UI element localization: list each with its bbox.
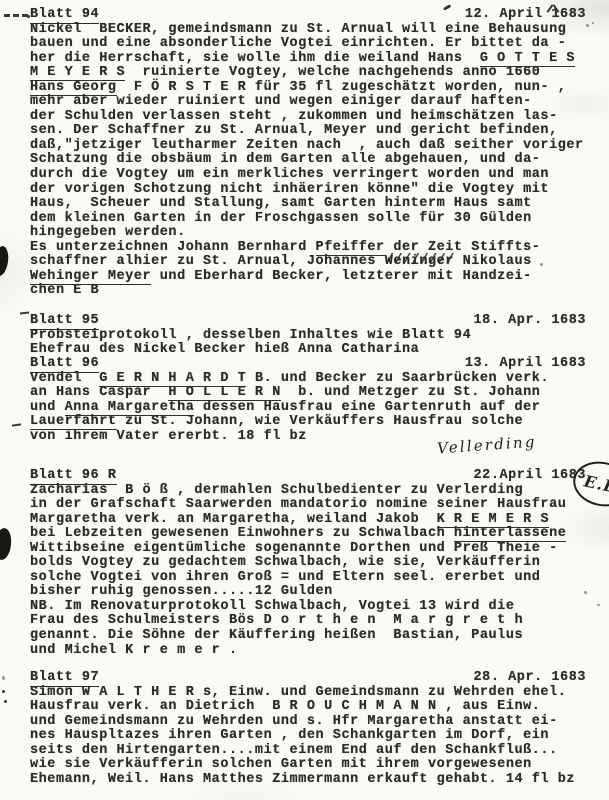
text-line: Vendel G E R N H A R D T B. und Becker z… xyxy=(30,372,586,387)
text-line: der vorigen Schotzung nicht inhäeriren k… xyxy=(30,183,586,198)
text-segment: dem kleinen Garten in der Froschgassen s… xyxy=(30,211,532,226)
text-segment: Simon W A L T H E R s, Einw. und Gemeind… xyxy=(30,685,566,700)
text-line: bolds Vogtey zu gedachtem Schwalbach, wi… xyxy=(30,556,586,571)
record-date: 12. April 1683 xyxy=(465,8,586,23)
blatt-label: Blatt 96 R xyxy=(30,469,117,485)
text-segment: Probsteiprotokoll , desselben Inhaltes w… xyxy=(30,328,471,343)
text-segment: NB. Im Renovaturprotokoll Schwalbach, Vo… xyxy=(30,599,514,614)
text-segment: seits den Hirtengarten....mit einem End … xyxy=(30,743,558,758)
text-line: M E Y E R S ruinierte Vogtey, welche nac… xyxy=(30,66,586,81)
text-line: und Gemeindsmann zu Wehrden und s. Hfr M… xyxy=(30,715,586,730)
text-segment: und Eberhard Becker, letzterer mit Handz… xyxy=(151,269,532,284)
record-date: 18. Apr. 1683 xyxy=(474,314,586,329)
text-line: Nickel BECKER, gemeindsmann zu St. Arnua… xyxy=(30,23,586,38)
blatt-section: Blatt 9518. Apr. 1683Probsteiprotokoll ,… xyxy=(30,314,586,358)
blatt-header: Blatt 9412. April 1683 xyxy=(30,8,586,23)
blatt-label: Blatt 97 xyxy=(30,671,99,687)
text-segment: chen E B xyxy=(30,283,99,298)
text-segment: her die Herrschaft, sie wolle ihm die we… xyxy=(30,51,480,66)
text-segment: schaffner alhier zu St. Arnual, Johannes xyxy=(30,254,385,269)
text-segment: Vendel xyxy=(30,371,99,386)
text-segment: Ehefrau des Nickel Becker hieß Anna Cath… xyxy=(30,342,419,357)
text-line: sen. Der Schaffner zu St. Arnual, Meyer … xyxy=(30,124,586,139)
text-segment: und xyxy=(30,400,65,415)
text-segment: Nickel BECKER, gemeindsmann zu St. Arnua… xyxy=(30,22,566,37)
text-segment: Frau des Schulmeisters Bös D o r t h e n… xyxy=(30,613,523,628)
text-line: NB. Im Renovaturprotokoll Schwalbach, Vo… xyxy=(30,600,586,615)
text-segment: ruinierte Vogtey, welche nachgehends ann… xyxy=(125,65,540,80)
text-line: bisher ruhig genossen.....12 Gulden xyxy=(30,585,586,600)
text-line: solche Vogtei von ihren Groß = und Elter… xyxy=(30,571,586,586)
text-line: genannt. Die Söhne der Käuffering heißen… xyxy=(30,629,586,644)
text-line: und Michel K r e m e r . xyxy=(30,644,586,659)
text-segment: zu St. Johann, wie Verkäuffers Hausfrau … xyxy=(117,414,524,429)
blatt-header: Blatt 9613. April 1683 xyxy=(30,357,586,372)
text-line: schaffner alhier zu St. Arnual, Johannes… xyxy=(30,255,586,270)
text-line: Haus, Scheuer und Stallung, samt Garten … xyxy=(30,197,586,212)
text-line: hingegeben werden. xyxy=(30,226,586,241)
margin-dash-mark xyxy=(4,14,29,17)
struck-text: Weninger xyxy=(385,255,454,270)
text-segment: B. und Becker zu Saarbrücken verk. xyxy=(246,371,549,386)
text-segment: wie sie Verkäufferin solchen Garten mit … xyxy=(30,757,532,772)
text-line: mehr aber wieder ruiniert und wegen eini… xyxy=(30,95,586,110)
text-line: Schatzung die obsbäum in dem Garten alle… xyxy=(30,153,586,168)
text-segment: nes Hauspltazes ihren Garten , den Schan… xyxy=(30,728,549,743)
record-date: 13. April 1683 xyxy=(465,357,586,372)
text-line: Hans Georg F Ö R S T E R für 35 fl zuges… xyxy=(30,81,586,96)
text-segment: mehr aber wieder ruiniert und wegen eini… xyxy=(30,94,532,109)
text-segment: Zacharias B ö ß , dermahlen Schulbedient… xyxy=(30,483,523,498)
text-segment: Schatzung die obsbäum in dem Garten alle… xyxy=(30,152,540,167)
document-body: Blatt 9412. April 1683Nickel BECKER, gem… xyxy=(0,0,609,800)
ink-speck xyxy=(586,24,589,27)
ink-speck xyxy=(2,690,5,693)
text-segment: bauen und eine absonderliche Vogtei einr… xyxy=(30,36,566,51)
blatt-label: Blatt 94 xyxy=(30,8,99,24)
text-line: der Schulden verlassen steht , zukommen … xyxy=(30,110,586,125)
blatt-header: Blatt 96 R22.April 1683 xyxy=(30,469,586,484)
record-date: 22.April 1683 xyxy=(474,469,586,484)
text-segment: Margaretha verk. an Margaretha, weiland … xyxy=(30,512,437,527)
text-line: Es unterzeichnen Johann Bernhard Pfeiffe… xyxy=(30,241,586,256)
ink-speck xyxy=(540,263,543,266)
blatt-label: Blatt 96 xyxy=(30,357,99,373)
text-line: und Anna Margaretha dessen Hausfrau eine… xyxy=(30,401,586,416)
text-segment: Es unterzeichnen Johann Bernhard xyxy=(30,240,316,255)
text-line: wie sie Verkäufferin solchen Garten mit … xyxy=(30,758,586,773)
text-segment: genannt. Die Söhne der Käuffering heißen… xyxy=(30,628,523,643)
text-line: dem kleinen Garten in der Froschgassen s… xyxy=(30,212,586,227)
text-line: Wittibseine eigentümliche sogenannte Dor… xyxy=(30,542,586,557)
text-segment: Wittibseine eigentümliche sogenannte Dor… xyxy=(30,541,558,556)
circled-initials-text: E.L xyxy=(582,471,609,496)
text-line: Hausfrau verk. an Dietrich B R O U C H M… xyxy=(30,700,586,715)
blatt-label: Blatt 95 xyxy=(30,314,99,330)
text-segment: Nikolaus xyxy=(454,254,532,269)
text-segment: in der Grafschaft Saarwerden mandatorio … xyxy=(30,497,566,512)
text-line: daß,"jetziger leutharmer Zeiten nach , a… xyxy=(30,139,586,154)
ink-speck xyxy=(584,591,587,594)
ink-speck xyxy=(27,15,30,18)
text-line: bauen und eine absonderliche Vogtei einr… xyxy=(30,37,586,52)
text-line: seits den Hirtengarten....mit einem End … xyxy=(30,744,586,759)
text-line: Probsteiprotokoll , desselben Inhaltes w… xyxy=(30,329,586,344)
text-segment: Hausfrau verk. an Dietrich B R O U C H M… xyxy=(30,699,540,714)
blatt-section: Blatt 9613. April 1683Vendel G E R N H A… xyxy=(30,357,586,444)
text-segment: solche Vogtei von ihren Groß = und Elter… xyxy=(30,570,540,585)
blatt-header: Blatt 9728. Apr. 1683 xyxy=(30,671,586,686)
blatt-header: Blatt 9518. Apr. 1683 xyxy=(30,314,586,329)
text-segment: der vorigen Schotzung nicht inhäeriren k… xyxy=(30,182,549,197)
text-segment: Haus, Scheuer und Stallung, samt Garten … xyxy=(30,196,532,211)
text-line: Lauerfahrt zu St. Johann, wie Verkäuffer… xyxy=(30,415,586,430)
text-segment: sen. Der Schaffner zu St. Arnual, Meyer … xyxy=(30,123,558,138)
underlined-name: M E Y E R S xyxy=(30,65,125,81)
text-line: Ehemann, Weil. Hans Matthes Zimmermann e… xyxy=(30,773,586,788)
blatt-section: Blatt 9728. Apr. 1683Simon W A L T H E R… xyxy=(30,671,586,787)
text-segment: der Schulden verlassen steht , zukommen … xyxy=(30,109,558,124)
ink-speck xyxy=(592,22,594,24)
text-line: Simon W A L T H E R s, Einw. und Gemeind… xyxy=(30,686,586,701)
text-segment: durch die Vogtey um ein merkliches verri… xyxy=(30,167,549,182)
blatt-section: Blatt 96 R22.April 1683Zacharias B ö ß ,… xyxy=(30,469,586,658)
text-line: Wehinger Meyer und Eberhard Becker, letz… xyxy=(30,270,586,285)
text-segment: Ehemann, Weil. Hans Matthes Zimmermann e… xyxy=(30,772,575,787)
text-segment: hingegeben werden. xyxy=(30,225,186,240)
text-line: nes Hauspltazes ihren Garten , den Schan… xyxy=(30,729,586,744)
text-line: Margaretha verk. an Margaretha, weiland … xyxy=(30,513,586,528)
text-segment: bei Lebzeiten gewesenen Einwohners zu Sc… xyxy=(30,526,454,541)
record-date: 28. Apr. 1683 xyxy=(474,671,586,686)
text-segment: F Ö R S T E R für 35 fl zugeschätzt word… xyxy=(117,80,567,95)
text-line: Zacharias B ö ß , dermahlen Schulbedient… xyxy=(30,484,586,499)
text-segment: bisher ruhig genossen.....12 Gulden xyxy=(30,584,333,599)
text-segment: b. und Metzger zu St. Johann xyxy=(281,385,541,400)
text-line: bei Lebzeiten gewesenen Einwohners zu Sc… xyxy=(30,527,586,542)
text-segment: bolds Vogtey zu gedachtem Schwalbach, wi… xyxy=(30,555,540,570)
text-line: an Hans Caspar H O L L E R N b. und Metz… xyxy=(30,386,586,401)
text-segment: und Gemeindsmann zu Wehrden und s. Hfr M… xyxy=(30,714,558,729)
text-line: chen E B xyxy=(30,284,586,299)
text-segment: von ihrem Vater ererbt. 18 fl bz xyxy=(30,429,307,444)
text-line: Frau des Schulmeisters Bös D o r t h e n… xyxy=(30,614,586,629)
ink-speck xyxy=(2,676,5,680)
text-segment: an Hans Caspar xyxy=(30,385,168,400)
text-segment: daß,"jetziger leutharmer Zeiten nach , a… xyxy=(30,138,584,153)
text-line: in der Grafschaft Saarwerden mandatorio … xyxy=(30,498,586,513)
scanned-page: Blatt 9412. April 1683Nickel BECKER, gem… xyxy=(0,0,609,800)
text-segment: und Michel K r e m e r . xyxy=(30,643,238,658)
text-segment: dessen Hausfrau eine Gartenruth auf der xyxy=(194,400,540,415)
blatt-section: Blatt 9412. April 1683Nickel BECKER, gem… xyxy=(30,8,586,299)
ink-speck xyxy=(597,604,600,606)
text-line: durch die Vogtey um ein merkliches verri… xyxy=(30,168,586,183)
text-line: her die Herrschaft, sie wolle ihm die we… xyxy=(30,52,586,67)
